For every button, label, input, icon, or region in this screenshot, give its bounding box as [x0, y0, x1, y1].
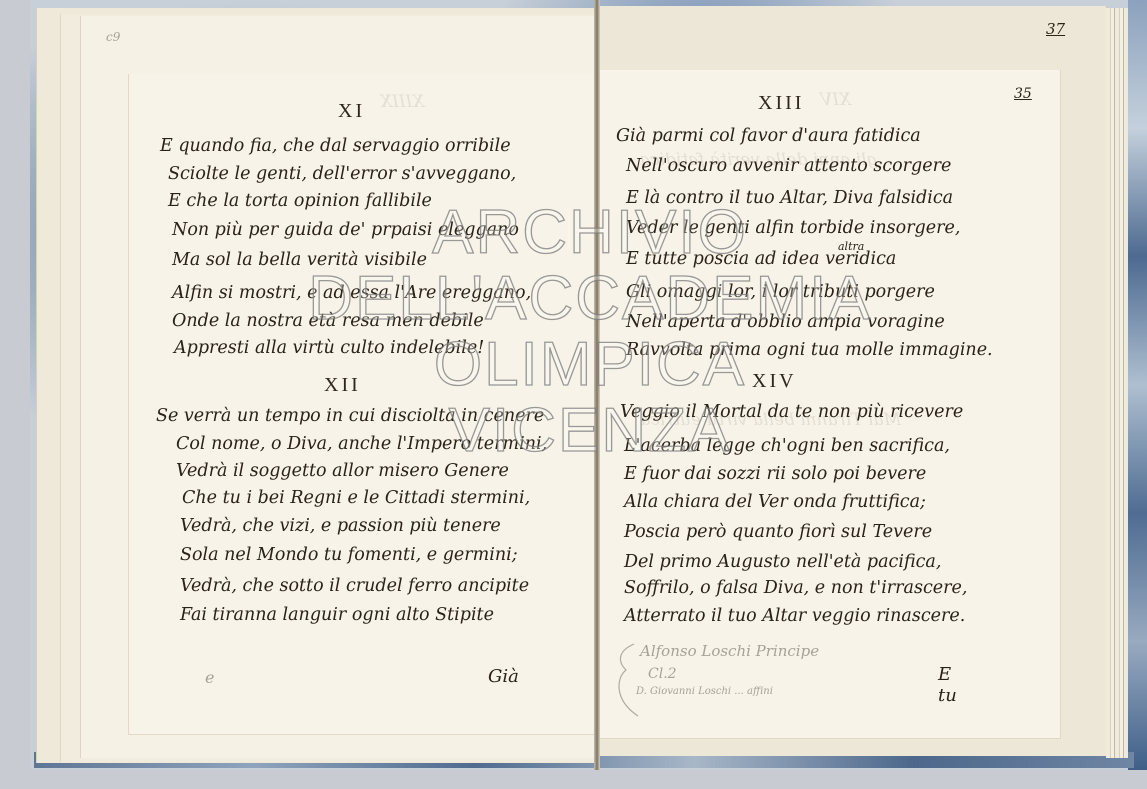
- verse-line: Alfin si mostri, e ad essa l'Are ereggan…: [172, 285, 531, 303]
- verse-line: E tutte poscia ad idea veridica: [626, 251, 896, 269]
- verse-line: Ravvolta prima ogni tua molle immagine.: [626, 342, 993, 360]
- catchword-right: E tu: [938, 664, 957, 706]
- verse-line: E quando fia, che dal servaggio orribile: [160, 138, 511, 156]
- stanza-number-xii: XII: [324, 374, 361, 397]
- folio-number-outer: 37: [1046, 20, 1065, 38]
- verse-line: Poscia però quanto fiorì sul Tevere: [624, 524, 932, 542]
- right-leaf-edges: [1106, 8, 1128, 758]
- verse-line: Già parmi col favor d'aura fatidica: [616, 128, 921, 146]
- book-gutter: [594, 0, 600, 770]
- pencil-note-archival: D. Giovanni Loschi ... affini: [636, 686, 773, 697]
- pencil-note-bottom: e: [205, 668, 214, 687]
- verse-line: Fai tiranna languir ogni alto Stipite: [180, 607, 494, 625]
- verse-line: Veggio il Mortal da te non più ricevere: [620, 404, 963, 422]
- verse-line: Nell'oscuro avvenir attento scorgere: [626, 158, 951, 176]
- pencil-note-corner: c9: [106, 30, 120, 44]
- verse-line: Col nome, o Diva, anche l'Impero termini…: [176, 436, 547, 454]
- verse-line: E là contro il tuo Altar, Diva falsidica: [626, 190, 953, 208]
- verse-line: Onde la nostra età resa men debile: [172, 313, 484, 331]
- verse-line: Veder le genti alfin torbide insorgere,: [626, 220, 960, 238]
- verse-line: Appresti alla virtù culto indelebile!: [174, 340, 484, 358]
- verse-line: Sciolte le genti, dell'error s'avveggano…: [168, 166, 516, 184]
- verse-line: Sola nel Mondo tu fomenti, e germini;: [180, 547, 518, 565]
- verse-line: E che la torta opinion fallibile: [168, 193, 432, 211]
- verse-line: Non più per guida de' prpaisi eleggano: [172, 222, 519, 240]
- verse-line: Che tu i bei Regni e le Cittadi stermini…: [182, 490, 530, 508]
- verse-line: Vedrà, che vizi, e passion più tenere: [180, 518, 501, 536]
- verse-line: Alla chiara del Ver onda fruttifica;: [624, 494, 926, 512]
- stanza-number-xiii: XIII: [758, 92, 804, 115]
- verse-line: Nell'aperta d'obblio ampia voragine: [626, 314, 945, 332]
- ink-bleed: XIIIX: [380, 92, 424, 112]
- verse-line: L'acerba legge ch'ogni ben sacrifica,: [624, 438, 950, 456]
- pencil-bracket-mark: [612, 640, 642, 720]
- verse-line: Ma sol la bella verità visibile: [172, 252, 427, 270]
- folio-number-inner: 35: [1014, 86, 1032, 102]
- pencil-note-archival: Cl.2: [648, 666, 677, 682]
- verse-line: Vedrà il soggetto allor misero Genere: [176, 463, 509, 481]
- cover-edge-right: [1128, 0, 1147, 770]
- verse-line: Soffrilo, o falsa Diva, e non t'irrascer…: [624, 580, 967, 598]
- stanza-number-xiv: XIV: [752, 370, 797, 393]
- pencil-note-archival: Alfonso Loschi Principe: [640, 642, 819, 660]
- verse-line: E fuor dai sozzi rii solo poi bevere: [624, 466, 926, 484]
- stanza-number-xi: XI: [338, 100, 365, 123]
- verse-line: Atterrato il tuo Altar veggio rinascere.: [624, 608, 965, 626]
- verse-line: Del primo Augusto nell'età pacifica,: [624, 554, 941, 572]
- verse-line: Vedrà, che sotto il crudel ferro ancipit…: [180, 578, 529, 596]
- verse-line: Gli omaggi lor, i lor tributi porgere: [626, 284, 935, 302]
- verse-line: Se verrà un tempo in cui disciolta in ce…: [156, 408, 544, 426]
- ink-bleed: XIV: [820, 90, 851, 110]
- catchword-left: Già: [488, 666, 519, 687]
